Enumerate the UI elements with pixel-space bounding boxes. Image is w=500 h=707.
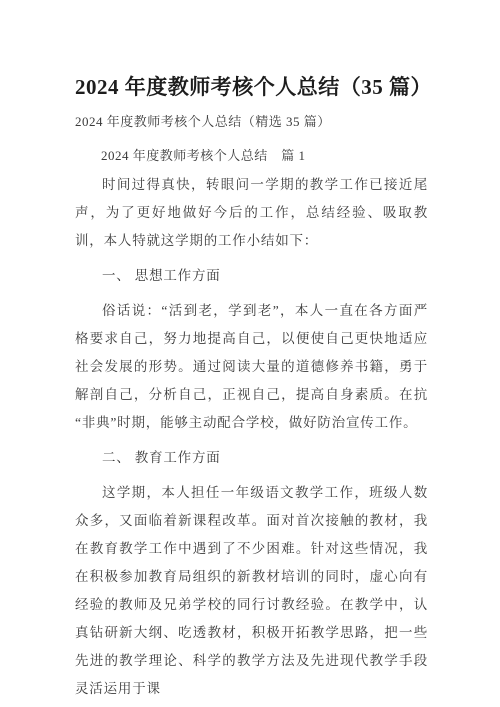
section-heading-2: 二、 教育工作方面 xyxy=(75,444,428,472)
paragraph-section-1: 俗话说：“活到老，学到老”，本人一直在各方面严格要求自己，努力地提高自己，以便使… xyxy=(75,297,428,437)
section-heading-1: 一、 思想工作方面 xyxy=(75,262,428,290)
document-title: 2024 年度教师考核个人总结（35 篇） xyxy=(75,74,428,100)
chapter-label: 2024 年度教师考核个人总结 篇 1 xyxy=(75,147,428,164)
paragraph-intro: 时间过得真快，转眼问一学期的教学工作已接近尾声，为了更好地做好今后的工作，总结经… xyxy=(75,171,428,255)
document-body: 时间过得真快，转眼问一学期的教学工作已接近尾声，为了更好地做好今后的工作，总结经… xyxy=(75,171,428,703)
paragraph-section-2: 这学期，本人担任一年级语文教学工作，班级人数众多，又面临着新课程改革。面对首次接… xyxy=(75,479,428,703)
document-page: 2024 年度教师考核个人总结（35 篇） 2024 年度教师考核个人总结（精选… xyxy=(0,0,500,707)
document-subtitle: 2024 年度教师考核个人总结（精选 35 篇） xyxy=(75,113,428,130)
